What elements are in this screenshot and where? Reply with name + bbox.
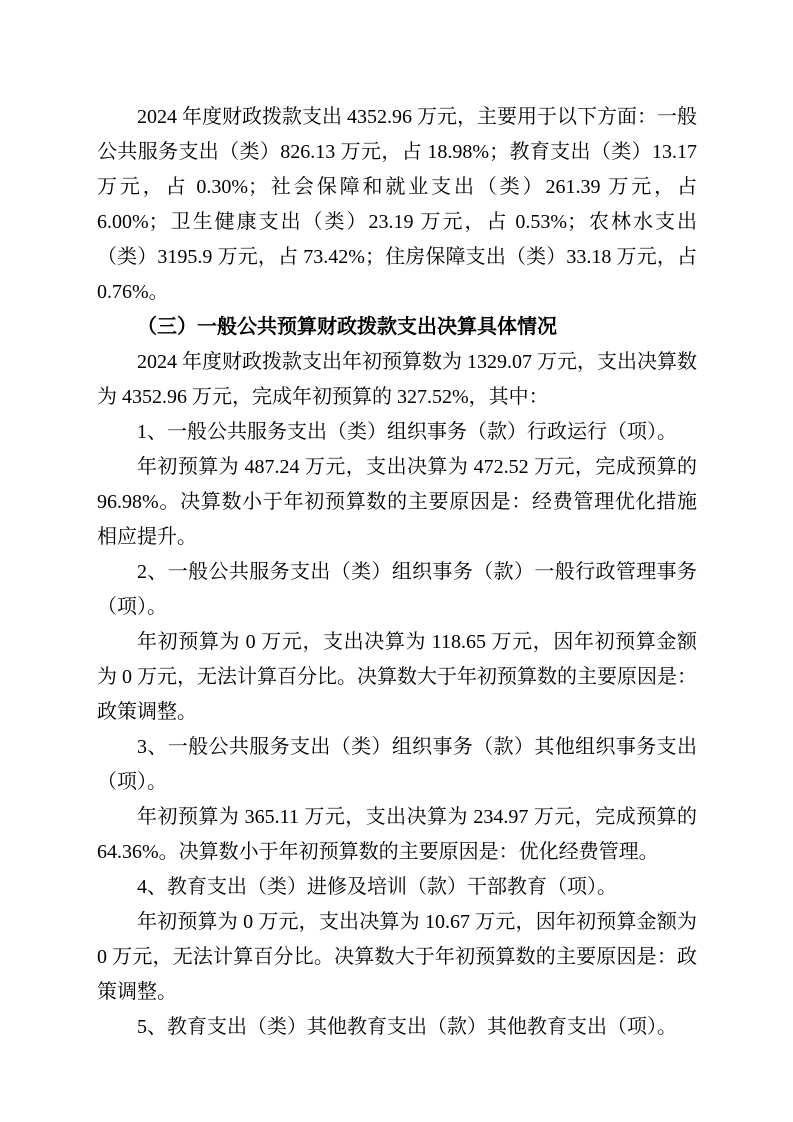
paragraph-item-5-title: 5、教育支出（类）其他教育支出（款）其他教育支出（项）。 <box>97 1010 697 1045</box>
section-heading: （三）一般公共预算财政拨款支出决算具体情况 <box>97 310 697 345</box>
paragraph-expenditure-overview: 2024 年度财政拨款支出 4352.96 万元，主要用于以下方面：一般公共服务… <box>97 100 697 310</box>
document-page: 2024 年度财政拨款支出 4352.96 万元，主要用于以下方面：一般公共服务… <box>0 0 793 1122</box>
paragraph-item-4-title: 4、教育支出（类）进修及培训（款）干部教育（项）。 <box>97 870 697 905</box>
paragraph-item-2-detail: 年初预算为 0 万元，支出决算为 118.65 万元，因年初预算金额为 0 万元… <box>97 625 697 730</box>
document-body: 2024 年度财政拨款支出 4352.96 万元，主要用于以下方面：一般公共服务… <box>97 100 697 1045</box>
paragraph-item-4-detail: 年初预算为 0 万元，支出决算为 10.67 万元，因年初预算金额为 0 万元，… <box>97 905 697 1010</box>
paragraph-item-1-detail: 年初预算为 487.24 万元，支出决算为 472.52 万元，完成预算的 96… <box>97 450 697 555</box>
paragraph-item-2-title: 2、一般公共服务支出（类）组织事务（款）一般行政管理事务（项）。 <box>97 555 697 625</box>
paragraph-budget-vs-final: 2024 年度财政拨款支出年初预算数为 1329.07 万元，支出决算数为 43… <box>97 345 697 415</box>
paragraph-item-3-title: 3、一般公共服务支出（类）组织事务（款）其他组织事务支出（项）。 <box>97 730 697 800</box>
paragraph-item-3-detail: 年初预算为 365.11 万元，支出决算为 234.97 万元，完成预算的 64… <box>97 800 697 870</box>
paragraph-item-1-title: 1、一般公共服务支出（类）组织事务（款）行政运行（项）。 <box>97 415 697 450</box>
